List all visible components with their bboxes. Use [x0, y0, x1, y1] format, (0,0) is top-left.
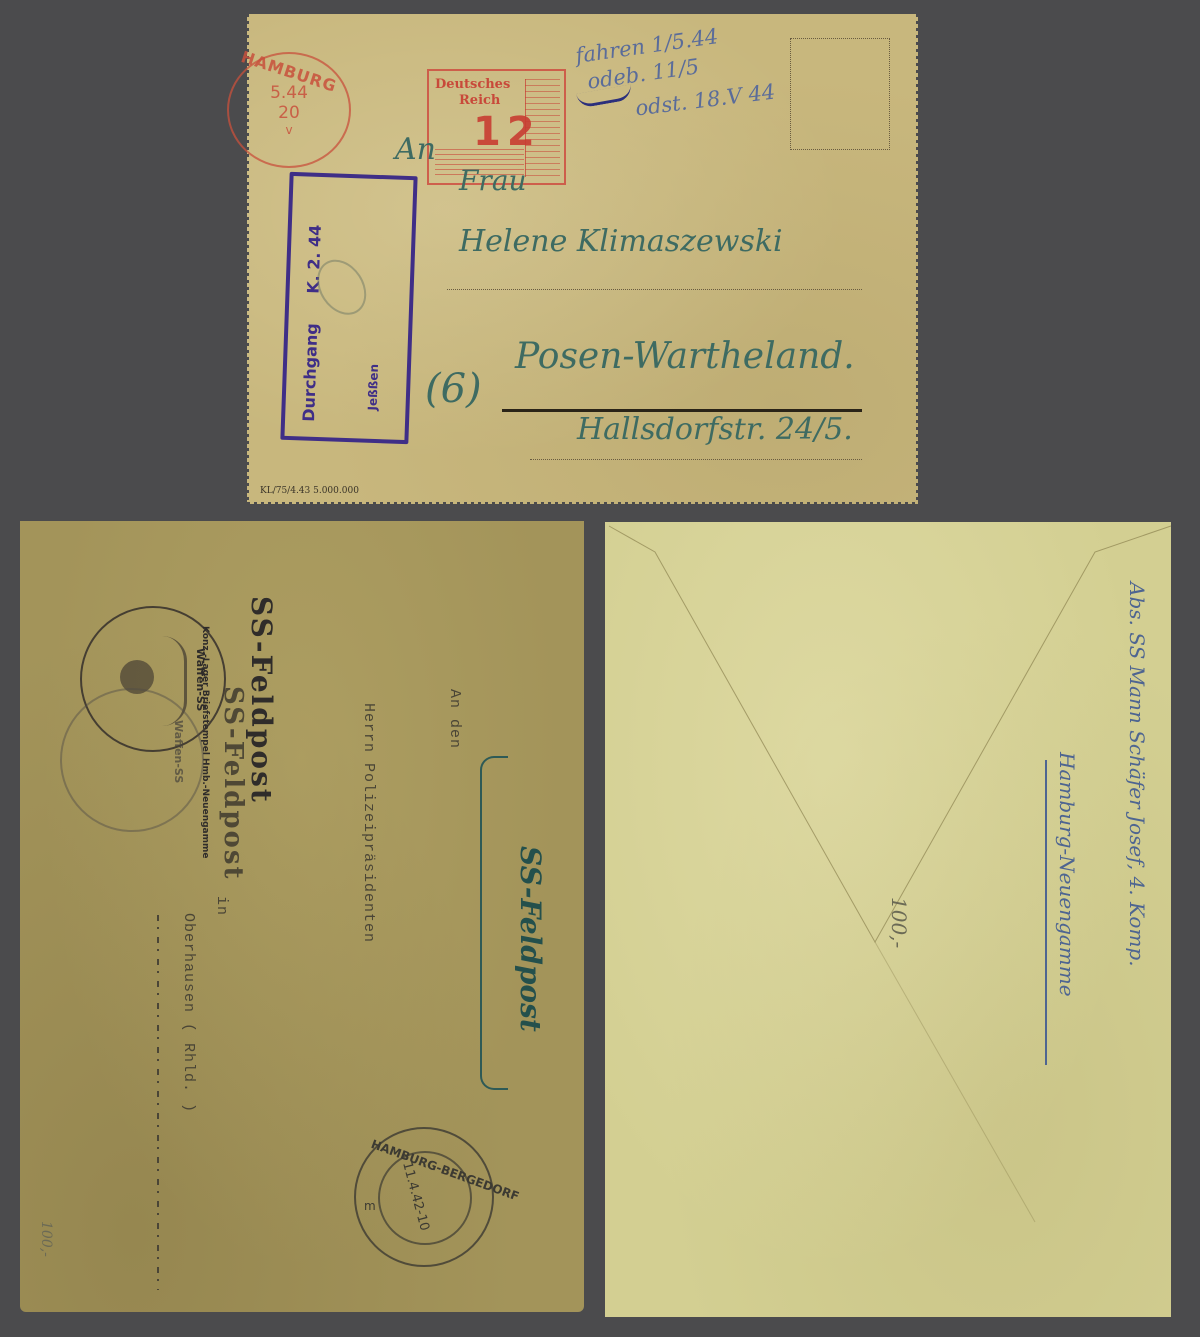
address-prefix: An den	[446, 689, 463, 749]
pencil-price: 100,-	[38, 1221, 54, 1257]
transit-initial: Jeßßen	[365, 364, 381, 411]
address-line-1	[447, 289, 862, 290]
perforation-right	[916, 14, 920, 504]
sender-line-2: Hamburg-Neuengamme	[1055, 752, 1079, 997]
receipt-note-3: odst. 18.V 44	[634, 80, 777, 121]
perforation-bottom	[247, 502, 918, 506]
addressee-name: Helene Klimaszewski	[459, 224, 783, 259]
transit-handstamp: Durchgang K. 2. 44 Jeßßen	[280, 172, 417, 444]
service-heading: SS-Feldpost	[245, 596, 278, 804]
stamp-box	[790, 38, 890, 150]
sender-underline	[1045, 760, 1047, 1065]
transit-text: Durchgang	[299, 323, 321, 422]
addressee-street: Hallsdorfstr. 24/5.	[577, 412, 853, 447]
recipient: Herrn Polizeipräsidenten	[360, 703, 377, 943]
postmark-code-text: m	[364, 1199, 376, 1213]
envelope-front: Konz.-Lager Briefstempel Hmb.-Neuengamme…	[20, 521, 584, 1312]
addressee-salutation: An	[395, 132, 436, 167]
addressee-city: Posen-Wartheland.	[515, 336, 855, 377]
meter-country-line2: Reich	[459, 93, 500, 108]
printer-imprint: KL/75/4.43 5.000.000	[260, 486, 359, 496]
envelope-back: Abs. SS Mann Schäfer Josef, 4. Komp. Ham…	[605, 522, 1171, 1317]
back-pencil-price: 100,-	[887, 897, 911, 948]
sender-line-1: Abs. SS Mann Schäfer Josef, 4. Komp.	[1125, 582, 1149, 967]
preposition: in	[213, 896, 230, 916]
blue-pen-stroke	[576, 84, 633, 108]
hamburg-bergedorf-postmark: HAMBURG-BERGEDORF 11.4.42-10 m	[354, 1127, 494, 1267]
camp-handstamp-2: Waffen-SS	[60, 688, 204, 832]
handstamp-1-side: Waffen-SS	[194, 648, 207, 711]
manuscript-loop	[480, 756, 508, 1090]
district-mark: (6)	[425, 366, 482, 412]
postmark-code: v	[229, 123, 349, 137]
meter-emblem-icon	[525, 79, 560, 177]
handstamp-2-side: Waffen-SS	[172, 720, 185, 783]
manuscript-service-note: SS-Feldpost	[514, 846, 547, 1032]
dash-dot-line	[157, 915, 159, 1290]
service-heading-repeat: SS-Feldpost	[218, 686, 248, 881]
addressee-title: Frau	[459, 164, 527, 197]
address-line-2	[530, 459, 862, 460]
transit-label: Durchgang K. 2. 44	[299, 196, 326, 422]
letter-card: HAMBURG 5.44 20 v Deutsches Reich 12 fah…	[247, 14, 918, 504]
hamburg-postmark: HAMBURG 5.44 20 v	[227, 52, 351, 168]
meter-country-line1: Deutsches	[435, 77, 510, 92]
destination-city: Oberhausen ( Rhld. )	[180, 913, 197, 1113]
postmark-time: 20	[229, 103, 349, 123]
